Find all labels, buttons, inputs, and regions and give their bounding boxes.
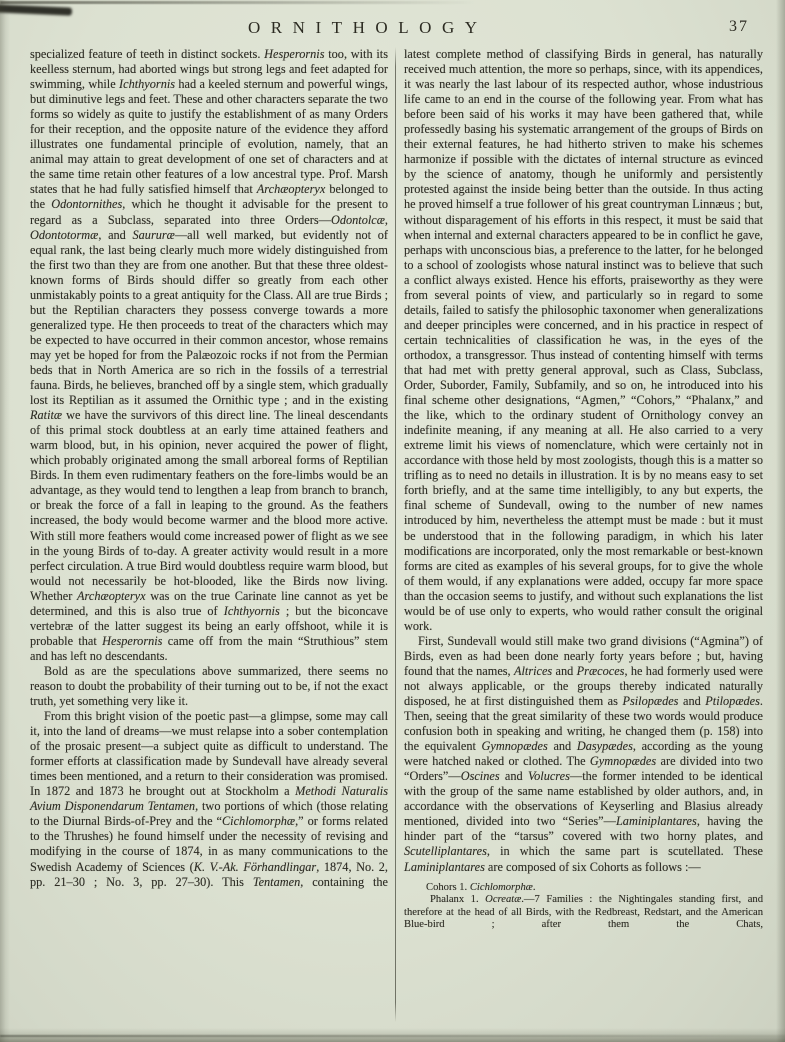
left-column: specialized feature of teeth in distinct… <box>30 47 388 1022</box>
paragraph: Bold as are the speculations above summa… <box>30 664 388 709</box>
paragraph: From this bright vision of the poetic pa… <box>30 709 388 890</box>
scan-shadow-right-edge <box>776 0 785 1042</box>
cohort-classification-list: Cohors 1. Cichlomorphæ. Phalanx 1. Ocrea… <box>404 882 763 932</box>
phalanx-entry: Phalanx 1. Ocreatæ.—7 Families : the Nig… <box>404 894 763 932</box>
scan-artifact-top-streak <box>0 4 72 15</box>
column-divider-rule <box>395 47 396 1022</box>
right-column: latest complete method of classifying Bi… <box>404 47 763 1022</box>
running-head: ORNITHOLOGY 37 <box>0 18 785 42</box>
paragraph: specialized feature of teeth in distinct… <box>30 47 388 664</box>
scan-shadow-left-edge <box>0 0 10 1042</box>
running-head-title: ORNITHOLOGY <box>0 18 725 38</box>
paragraph: latest complete method of classifying Bi… <box>404 47 763 634</box>
book-page: ORNITHOLOGY 37 specialized feature of te… <box>0 0 785 1042</box>
page-number: 37 <box>729 18 749 36</box>
scan-artifact-bottom-line <box>0 1035 785 1037</box>
text-columns: specialized feature of teeth in distinct… <box>30 47 763 1022</box>
scan-artifact-top-line <box>0 1 500 4</box>
paragraph: First, Sundevall would still make two gr… <box>404 634 763 875</box>
cohort-entry: Cohors 1. Cichlomorphæ. <box>426 882 763 895</box>
